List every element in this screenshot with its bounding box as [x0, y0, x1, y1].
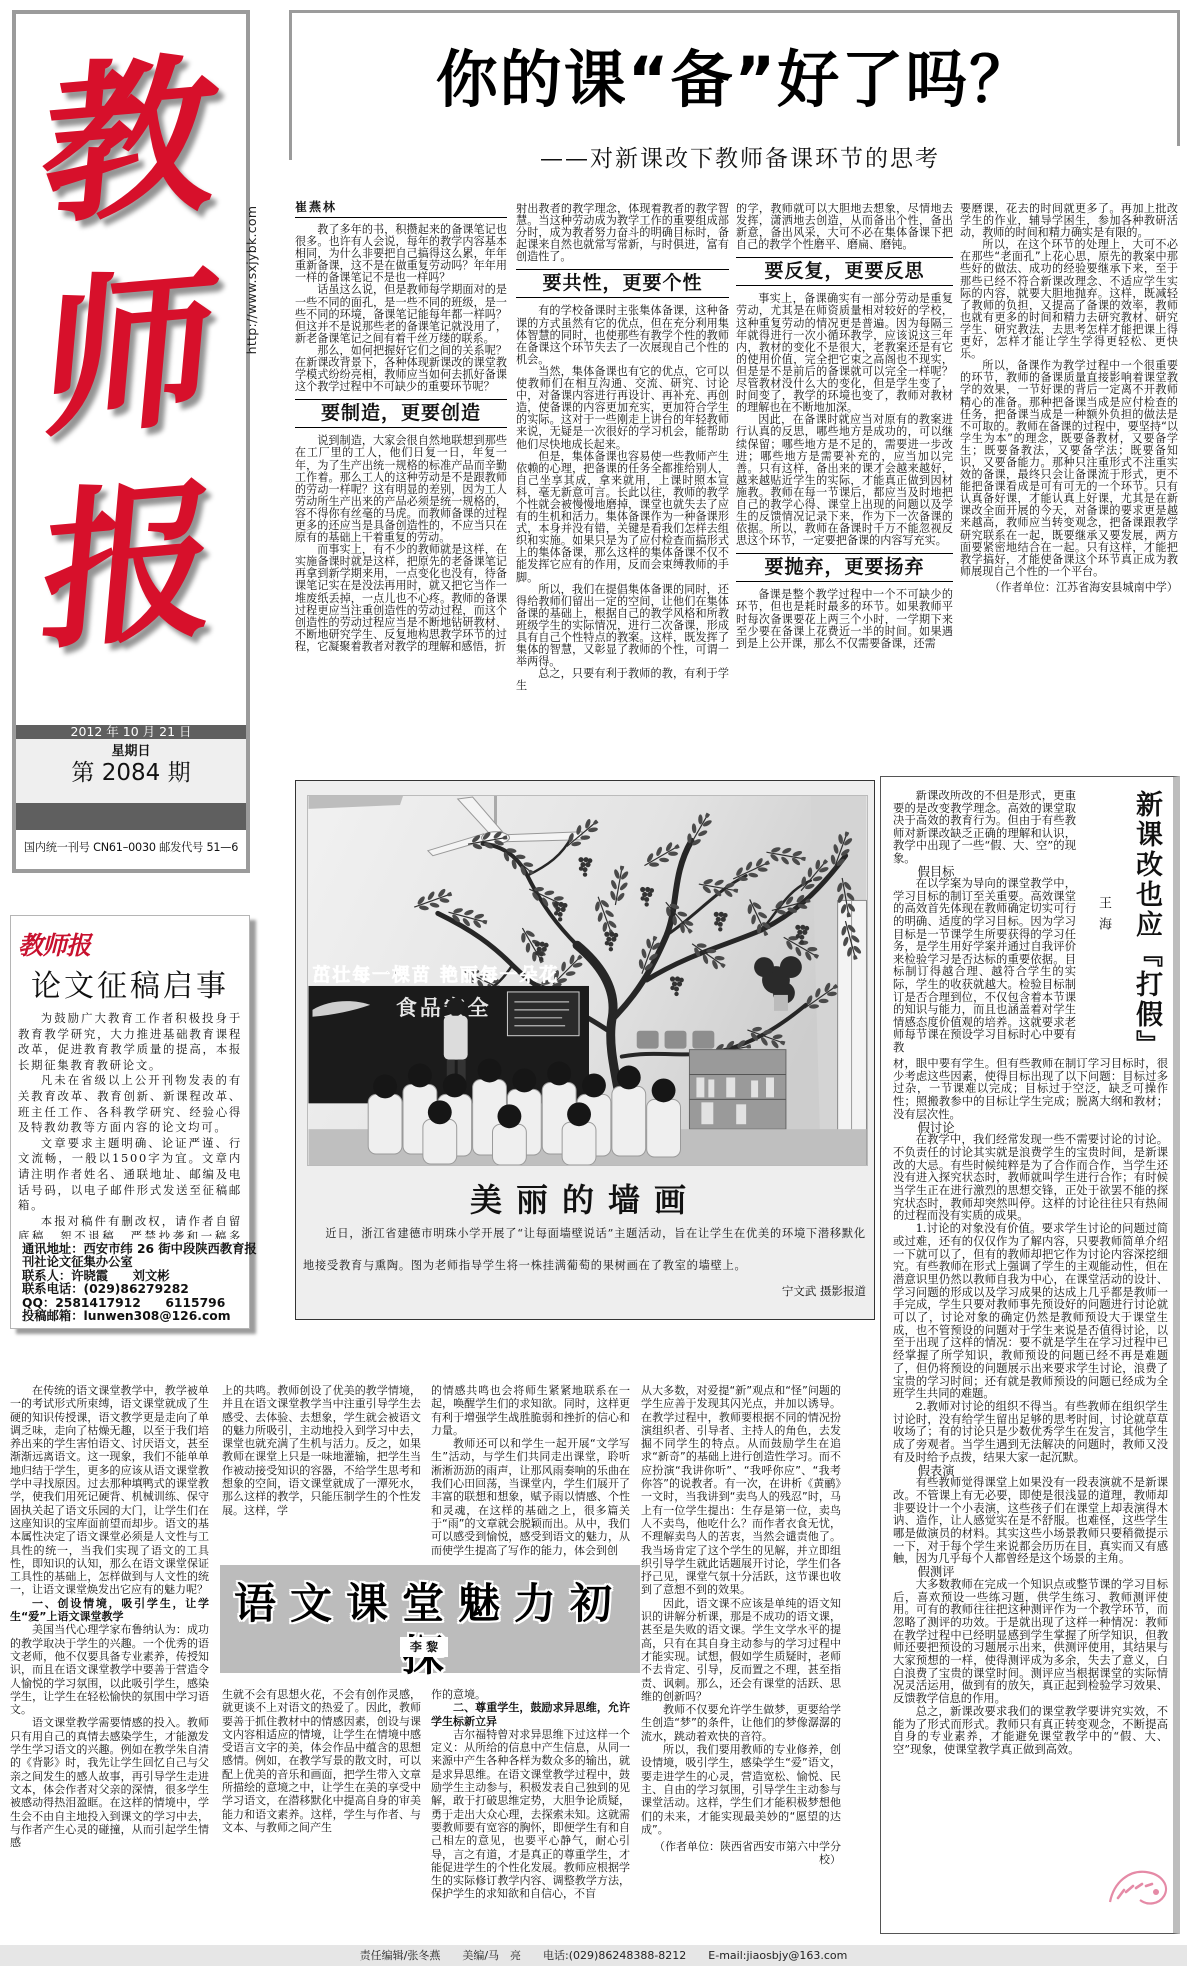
- masthead-divider-band: [16, 803, 246, 830]
- headline-subtitle: ——对新课改下教师备课环节的思考: [300, 146, 1180, 172]
- issue-panel: 星期日 第 2084 期: [16, 739, 246, 803]
- paragraph: 因此，在备课时就应当对原有的教案进行认真的反思，哪些地方是成功的，可以继续保留；…: [736, 414, 953, 547]
- section-heading: 一、创设情境，吸引学生，让学生“爱”上语文课堂教学: [10, 1597, 209, 1624]
- photo-credit: 宁文武 摄影报道: [700, 1284, 866, 1298]
- section-heading: 二、尊重学生，鼓励求异思维，允许学生标新立异: [431, 1701, 630, 1728]
- subheading: 假测评: [893, 1566, 1168, 1579]
- photo-title: 美丽的墙画: [295, 1180, 875, 1220]
- notice-contact-info: 通讯地址：西安市纬 26 街中段陕西教育报 刊社论文征集办公室 联系人：许晓霞 …: [22, 1243, 248, 1323]
- top-article-column-2: 射出教者的教学理念，体现着教者的教学智慧。当这种劳动成为教学工作的重要组成部分时…: [516, 203, 729, 738]
- paragraph: 教了多年的书，积攒起来的备课笔记也很多。也许有人会说，每年的教学内容基本相同，为…: [295, 224, 507, 284]
- photo-caption: 近日，浙江省建德市明珠小学开展了“让每面墙壁说话”主题活动，旨在让学生在优美的环…: [303, 1218, 875, 1282]
- paragraph: 的情感共鸣也会将师生紧紧地联系在一起，唤醒学生们的求知欲。同时，这样更有利于增强…: [431, 1384, 630, 1437]
- website-url[interactable]: http://www.sxjybk.com: [245, 200, 259, 360]
- paragraph: 的学，教师就可以大胆地去想象，尽情地去发挥，潇洒地去创造，从而备出个性，备出新意…: [736, 203, 953, 251]
- paragraph: 事实上，备课确实有一部分劳动是重复劳动，尤其是在师资质量相对较好的学校，这种重复…: [736, 293, 953, 414]
- page-footer-credits: 责任编辑/张冬燕 美编/马 亮 电话:(029)86248388-8212 E-…: [0, 1945, 1187, 1966]
- paragraph: 而事实上，有不少的教师就是这样，在实施备课时就是这样，把原先的老备课笔记再拿到新…: [295, 544, 507, 653]
- masthead-logo-char: 师: [21, 260, 239, 449]
- paragraph: 有些教师觉得课堂上如果没有一段表演就不是新课改。不管课上有无必要，即使是很浅显的…: [893, 1477, 1168, 1566]
- paragraph: 备课是整个教学过程中一个不可缺少的环节，但也是耗时最多的环节。如果教师平时每次备…: [736, 589, 953, 649]
- paragraph: 从大多数，对爱提“新”观点和“怪”问题的学生应善于发现其闪光点，并加以诱导。在教…: [641, 1384, 841, 1597]
- blackboard-text: 食品安全: [396, 996, 491, 1020]
- issue-number: 第 2084 期: [16, 759, 246, 787]
- stamp-decoration: [1104, 1862, 1174, 1912]
- top-article-column-1: 崔燕林教了多年的书，积攒起来的备课笔记也很多。也许有人会说，每年的教学内容基本相…: [295, 200, 507, 738]
- contact-phone: 联系电话：(029)86279282: [22, 1283, 248, 1296]
- paragraph: 所以，我们要用教师的专业修养，创设情境，吸引学生，感染学生“爱”语文，要走进学生…: [641, 1743, 841, 1836]
- section-heading: 要制造，更要创造: [295, 399, 507, 428]
- paragraph: 上的共鸣。教师创设了优美的教学情境，并且在语文课堂教学当中注重引导学生去感受、去…: [222, 1384, 421, 1517]
- paragraph: 总之，只要有利于教师的教，有利于学生: [516, 668, 729, 692]
- paragraph: 那么，如何把握好它们之间的关系呢？在新课改背景下，各种体现新课改的课堂教学模式纷…: [295, 345, 507, 393]
- paragraph: 新课改所改的不但是形式，更重要的是改变教学理念。高效的课堂取决于高效的教育行为。…: [893, 790, 1076, 866]
- paragraph: 所以，我们在提倡集体备课的同时，还得给教师们留出一定的空间，让他们在集体备课的基…: [516, 584, 729, 669]
- notice-title: 论文征稿启事: [12, 969, 248, 1005]
- byline: 崔燕林: [295, 200, 507, 218]
- paragraph: 在教学中，我们经常发现一些不需要讨论的讨论。不负责任的讨论其实就是浪费学生的宝贵…: [893, 1134, 1168, 1223]
- paragraph: 本报对稿件有删改权，请作者自留底稿，恕不退稿，严禁抄袭和一稿多投。: [18, 1214, 242, 1239]
- masthead-logo-char: 教: [21, 47, 239, 236]
- side-article-intro: 新课改所改的不但是形式，更重要的是改变教学理念。高效的课堂取决于高效的教育行为。…: [893, 790, 1076, 1058]
- section-heading: 要共性，更要个性: [516, 269, 729, 298]
- paragraph: 语文课堂教学需要情感的投入。教师只有用自己的真情去感染学生，才能激发学生学习语文…: [10, 1716, 209, 1849]
- paragraph: 2.教师对讨论的组织不得当。有些教师在组织学生讨论时，没有给学生留出足够的思考时…: [893, 1401, 1168, 1465]
- bottom-article-column-4: 从大多数，对爱提“新”观点和“怪”问题的学生应善于发现其闪光点，并加以诱导。在教…: [641, 1384, 841, 1916]
- paragraph: 要磨课，花去的时间就更多了。再加上批改学生的作业，辅导学困生，参加各种教研活动，…: [960, 203, 1178, 239]
- masthead-logo-char: 报: [21, 472, 239, 661]
- paragraph: 说到制造，大家会很自然地联想到那些在工厂里的工人，他们日复一日，年复一年，为了生…: [295, 435, 507, 544]
- headline-title: 你的课“备”好了吗？: [289, 44, 1180, 116]
- paragraph: 但是，集体备课也容易使一些教师产生依赖的心理，把备课的任务全都推给别人，自己坐享…: [516, 451, 729, 584]
- paragraph: 为鼓励广大教育工作者积极投身于教育教学研究，大力推进基础教育课程改革，促进教育教…: [18, 1011, 242, 1073]
- paragraph: 教师还可以和学生一起开展“文学写生”活动，与学生们共同走出课堂，聆听淅淅沥沥的雨…: [431, 1437, 630, 1557]
- mural-slogan: 茁壮每一棵苗 艳丽每一朵花: [312, 964, 559, 986]
- paragraph: 话虽这么说，但是教师每学期面对的是一些不同的面孔，是一些不同的班级，是一些不同的…: [295, 284, 507, 344]
- paragraph: 美国当代心理学家布鲁纳认为：成功的教学取决于学生的兴趣。一个优秀的语文老师，他不…: [10, 1623, 209, 1716]
- side-article-title: 新课改也应『打假』: [1124, 790, 1162, 1050]
- paragraph: 因此，语文课不应该是单纯的语文知识的讲解分析课，那是不成功的语文课，甚至是失败的…: [641, 1597, 841, 1703]
- bottom-article-title: 语文课堂魅力初探: [220, 1578, 640, 1682]
- notice-newspaper-logo: 教师报: [18, 926, 90, 962]
- author-unit: （作者单位：江苏省海安县城南中学）: [960, 582, 1178, 594]
- paragraph: 材，眼中要有学生。但有些教师在制订学习目标时，很少考虑这些因素，使得目标出现了以…: [893, 1058, 1168, 1122]
- author-unit: （作者单位：陕西省西安市第六中学分校）: [641, 1840, 841, 1867]
- top-article-column-4: 要磨课，花去的时间就更多了。再加上批改学生的作业，辅导学困生，参加各种教研活动，…: [960, 203, 1178, 738]
- paragraph: 大多数教师在完成一个知识点或整节课的学习目标后，喜欢预设一些练习题，供学生练习、…: [893, 1579, 1168, 1706]
- paragraph: 所以，在这个环节的处理上，大可不必在那些“老面孔”上花心思，原先的教案中那些好的…: [960, 239, 1178, 360]
- section-heading: 要抛弃，更要扬弃: [736, 553, 953, 582]
- bottom-article-author: 李 黎: [400, 1637, 448, 1657]
- paragraph: 在传统的语文课堂教学中，教学被单一的考试形式所束缚，语文课堂就成了生硬的知识传授…: [10, 1384, 209, 1597]
- weekday: 星期日: [16, 744, 246, 759]
- top-article-column-3: 的学，教师就可以大胆地去想象，尽情地去发挥，潇洒地去创造，从而备出个性，备出新意…: [736, 203, 953, 738]
- bottom-article-column-2-bottom: 生就不会有思想火花，不会有创作灵感，就更谈不上对语文的热爱了。因此，教师要善于抓…: [222, 1688, 421, 1916]
- contact-address: 刊社论文征集办公室: [22, 1256, 248, 1269]
- paragraph: 总之，新课改要求我们的课堂教学要讲究实效，不能为了形式而形式。教师只有真正转变观…: [893, 1706, 1168, 1757]
- paragraph: 1.讨论的对象没有价值。要求学生讨论的问题过简或过难，还有的仅仅作为了解内容，只…: [893, 1223, 1168, 1401]
- registration-number: 国内统一刊号 CN61–0030 邮发代号 51—6: [14, 839, 248, 855]
- bottom-article-column-2-top: 上的共鸣。教师创设了优美的教学情境，并且在语文课堂教学当中注重引导学生去感受、去…: [222, 1384, 421, 1560]
- side-article-author: 王海: [1093, 896, 1113, 946]
- paragraph: 当然，集体备课也有它的优点，它可以使教师们在相互沟通、交流、研究、讨论中，对备课…: [516, 366, 729, 451]
- classroom-mural-photo: 茁壮每一棵苗 艳丽每一朵花 食品安全: [307, 795, 868, 1166]
- side-article-body: 材，眼中要有学生。但有些教师在制订学习目标时，很少考虑这些因素，使得目标出现了以…: [893, 1058, 1168, 1926]
- notice-body: 为鼓励广大教育工作者积极投身于教育教学研究，大力推进基础教育课程改革，促进教育教…: [18, 1011, 242, 1239]
- bottom-article-column-3-top: 的情感共鸣也会将师生紧紧地联系在一起，唤醒学生们的求知欲。同时，这样更有利于增强…: [431, 1384, 630, 1560]
- paragraph: 文章要求主题明确、论证严谨、行文流畅，一般以1500字为宜。文章内请注明作者姓名…: [18, 1136, 242, 1214]
- section-heading: 要反复，更要反思: [736, 257, 953, 286]
- paragraph: 作的意境。: [431, 1688, 630, 1701]
- bottom-article-column-1: 在传统的语文课堂教学中，教学被单一的考试形式所束缚，语文课堂就成了生硬的知识传授…: [10, 1384, 209, 1916]
- paragraph: 凡未在省级以上公开刊物发表的有关教育改革、教育创新、新课程改革、班主任工作、各科…: [18, 1073, 242, 1135]
- paragraph: 有的学校备课时主张集体备课，这种备课的方式虽然有它的优点，但在充分利用集体智慧的…: [516, 305, 729, 365]
- paragraph: 教师不仅要允许学生做梦，更要给学生创造“梦”的条件，让他们的梦像潺潺的流水，跳动…: [641, 1703, 841, 1743]
- paragraph: 在以学案为导向的课堂教学中，学习目标的制订至关重要。高效课堂的高效首先体现在教师…: [893, 878, 1076, 1054]
- contact-email[interactable]: 投稿邮箱：lunwen308@126.com: [22, 1310, 248, 1323]
- paragraph: 吉尔福特曾对求异思维下过这样一个定义：从所给的信息中产生信息，从同一来源中产生各…: [431, 1728, 630, 1901]
- paragraph: 所以，备课作为教学过程中一个很重要的环节，教师的备课质量直接影响着课堂教学的效果…: [960, 360, 1178, 578]
- publication-date: 2012 年 10 月 21 日: [16, 725, 246, 739]
- paragraph: 生就不会有思想火花，不会有创作灵感，就更谈不上对语文的热爱了。因此，教师要善于抓…: [222, 1688, 421, 1834]
- bottom-article-column-3-bottom: 作的意境。二、尊重学生，鼓励求异思维，允许学生标新立异吉尔福特曾对求异思维下过这…: [431, 1688, 630, 1916]
- paragraph: 射出教者的教学理念，体现着教者的教学智慧。当这种劳动成为教学工作的重要组成部分时…: [516, 203, 729, 263]
